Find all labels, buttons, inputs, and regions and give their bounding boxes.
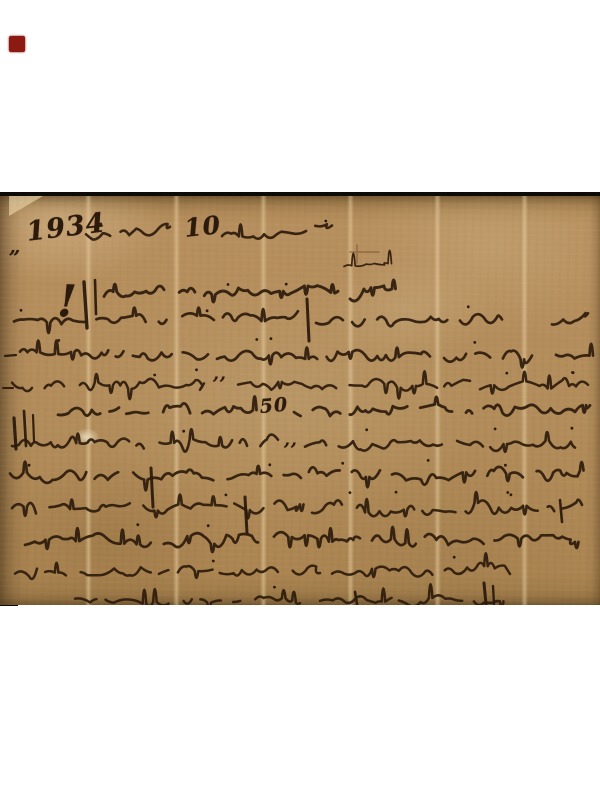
ink-stroke (151, 468, 153, 507)
ink-stroke (15, 553, 510, 579)
ink-dot (207, 524, 210, 527)
ink-dot (57, 339, 60, 342)
ink-dot (505, 372, 508, 375)
ink-dot (153, 374, 156, 377)
ink-stroke (20, 341, 593, 368)
ink-dot (227, 283, 230, 286)
ink-stroke (10, 462, 584, 491)
ink-dot (206, 309, 209, 312)
ink-stroke (14, 418, 16, 449)
ink-dot (324, 220, 327, 223)
handwritten-quote-mark-1: ,, (213, 366, 227, 383)
ink-dot (349, 491, 352, 494)
ink-dot (571, 427, 574, 430)
ink-stroke (58, 397, 590, 416)
ink-stroke (355, 592, 357, 604)
handwritten-number-fifty: 50 (259, 396, 289, 417)
ink-dot (473, 341, 476, 344)
ink-dot (182, 430, 185, 433)
ink-dot (504, 464, 507, 467)
ink-stroke (75, 584, 504, 613)
page-background: „ 1934 10 50 ! ,, ,, (0, 0, 600, 800)
ink-stroke (14, 308, 588, 333)
ink-dot (506, 491, 509, 494)
ink-dot (136, 523, 139, 526)
ink-dot (365, 428, 368, 431)
ink-stroke (5, 355, 16, 356)
ink-dot (255, 338, 258, 341)
ink-dot (195, 368, 198, 371)
handwritten-opening-quote: „ (9, 236, 22, 256)
ink-stroke (484, 583, 486, 604)
handwritten-exclamation-mark: ! (56, 280, 78, 325)
ink-dot (467, 305, 470, 308)
ink-stroke (33, 415, 34, 441)
ink-dot (427, 459, 430, 462)
ink-dot (341, 462, 344, 465)
ink-dot (28, 464, 31, 467)
ink-stroke (12, 492, 582, 518)
ink-dot (285, 283, 288, 286)
handwriting-ink-layer (0, 0, 600, 800)
ink-dot (395, 491, 398, 494)
ink-stroke (307, 299, 309, 341)
ink-stroke (560, 500, 562, 522)
ink-dot (453, 556, 456, 559)
ink-dot (572, 371, 575, 374)
ink-stroke (12, 371, 588, 399)
ink-dot (510, 493, 513, 496)
ink-dot (494, 428, 497, 431)
ink-stroke (104, 280, 396, 302)
scan-canvas: { "document": { "type": "scanned handwri… (0, 0, 600, 800)
ink-dot (268, 463, 271, 466)
ink-stroke (95, 280, 96, 314)
ink-dot (273, 586, 276, 589)
handwritten-day-number: 10 (183, 212, 222, 241)
handwritten-quote-mark-2: ,, (284, 432, 298, 449)
ink-dot (20, 309, 23, 312)
ink-stroke (493, 586, 494, 604)
ink-dot (212, 560, 215, 563)
ink-dot (225, 494, 228, 497)
ink-stroke (245, 497, 247, 533)
ink-stroke (25, 527, 579, 552)
ink-dot (270, 337, 273, 340)
